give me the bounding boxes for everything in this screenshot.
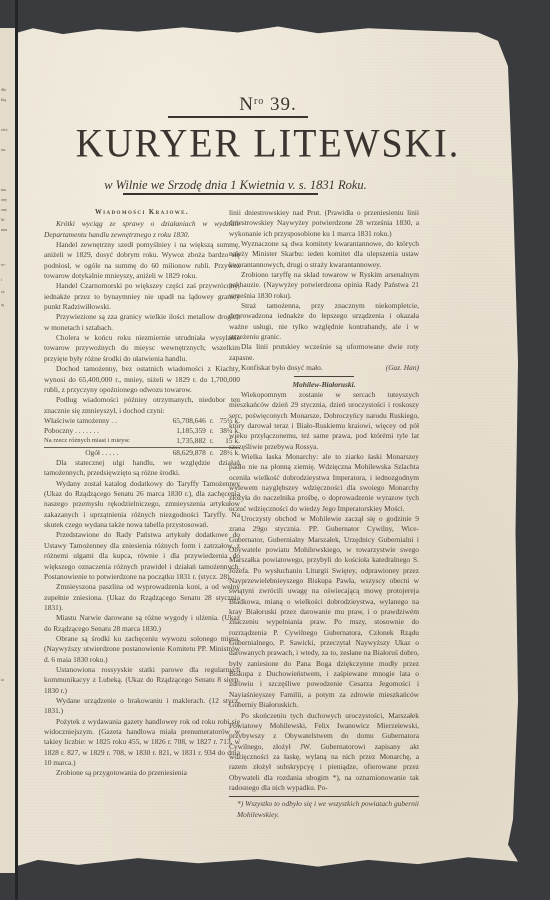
paragraph: Konfiskat było dosyć mało. (Gaz. Han)	[229, 363, 419, 373]
revenue-label: Na rzecz różnych miast i mieysc	[44, 436, 160, 447]
paragraph: Zrobiono taryffę na skład towarow w Rysk…	[229, 270, 419, 301]
article-intro: Krótki wyciąg ze sprawy o działaniach w …	[44, 219, 240, 240]
adjacent-page-fragment: i	[1, 278, 2, 282]
adjacent-page-fragment: ro-	[1, 263, 6, 267]
adjacent-page-fragment: ości,	[1, 128, 8, 132]
paragraph: Miastu Narwie darowane są różne wygody i…	[44, 613, 240, 634]
paragraph: Cholera w końcu roku niezmiernie utrudni…	[44, 333, 240, 364]
issue-number-prefix: N	[239, 94, 254, 115]
adjacent-page-fragment: zy	[1, 290, 5, 294]
adjacent-page-fragment: dla	[1, 88, 6, 92]
section-divider	[294, 376, 354, 377]
paragraph: Ustanowiona rossyyskie statki parowe dla…	[44, 665, 240, 696]
paragraph: Wyznaczone są dwa komitety kwarantannowe…	[229, 239, 419, 270]
table-row: Właściwie tamożenny . . 65,708,646 r. 75…	[44, 416, 240, 426]
section-heading-mohilew: Mohilew-Białoruski.	[229, 380, 419, 390]
issue-number-value: 39.	[270, 94, 297, 115]
revenue-amount: 1,735,882	[160, 436, 210, 447]
adjacent-page-fragment: mu	[1, 188, 6, 192]
paragraph: Przywiezione są zza granicy wielkie iloś…	[44, 312, 240, 333]
adjacent-page-fragment: hi-	[1, 218, 5, 222]
paragraph: Zmnieyszona paszlina od wyprowadzenia ko…	[44, 582, 240, 613]
paragraph: Wydany został katalog dodatkowy do Taryf…	[44, 479, 240, 531]
adjacent-page-fragment: mia	[1, 228, 7, 232]
adjacent-page-fragment: kię.	[1, 98, 7, 102]
paragraph: Straż tamożenna, przy znacznym niekomple…	[229, 301, 419, 342]
adjacent-page-edge: dla kię. ości, on. mu ony ony hi- mia ro…	[0, 28, 15, 873]
masthead-rule-top	[168, 116, 308, 118]
revenue-amount: 68,629,878	[160, 447, 210, 458]
revenue-label: Właściwie tamożenny . .	[44, 416, 160, 426]
paragraph-text: Konfiskat było dosyć mało.	[241, 363, 323, 372]
revenue-amount: 1,185,359	[160, 426, 210, 436]
table-row-total: Ogół . . . . . 68,629,878 r. 28½ k.	[44, 447, 240, 458]
paragraph: Obrane są środki ku zachęceniu wywozu so…	[44, 634, 240, 665]
newspaper-page: Nro 39. KURYER LITEWSKI. w Wilnie we Srz…	[18, 24, 518, 870]
paragraph: Wydane urządzenie o brakowaniu i maklera…	[44, 696, 240, 717]
book-binding-gutter	[15, 0, 18, 900]
issue-number-superscript: ro	[254, 96, 264, 107]
issue-number: Nro 39.	[18, 94, 518, 116]
column-left: Wiadomości Krajowe. Krótki wyciąg ze spr…	[44, 208, 240, 779]
paragraph: Przedstawione do Rady Państwa artykuły d…	[44, 530, 240, 582]
paragraph: Podług wiadomości późniey otrzymanych, n…	[44, 395, 240, 416]
paragraph: Wiekopomnym zostanie w sercach tuteyszyc…	[229, 390, 419, 452]
paragraph: Zrobione są przygotowania do przeniesien…	[44, 768, 240, 778]
paragraph: Handel zewnętrzny szedł pomyślniey i na …	[44, 240, 240, 281]
footnote: *) Wszystko to odbyło się i we wszystkic…	[229, 799, 419, 820]
adjacent-page-fragment: ię	[1, 303, 4, 307]
section-heading-domestic-news: Wiadomości Krajowe.	[44, 208, 240, 218]
paragraph: Pożytek z wydawania gazety handlowey rok…	[44, 717, 240, 769]
dateline: w Wilnie we Srzodę dnia 1 Kwietnia v. s.…	[58, 178, 413, 193]
footnote-divider	[229, 796, 419, 797]
adjacent-page-fragment: ia	[1, 678, 4, 682]
masthead-rule-bottom	[123, 193, 318, 195]
revenue-label: Ogół . . . . .	[44, 447, 160, 458]
revenue-table: Właściwie tamożenny . . 65,708,646 r. 75…	[44, 416, 240, 458]
revenue-label: Poboczny . . . . . . .	[44, 426, 160, 436]
paragraph: Uroczysty obchod w Mohilewie zaczął się …	[229, 514, 419, 711]
adjacent-page-fragment: on.	[1, 148, 6, 152]
paragraph: Handel Czarnomorski po większey części z…	[44, 281, 240, 312]
paragraph: Po skończeniu tych duchowych uroczystośc…	[229, 711, 419, 794]
table-row: Poboczny . . . . . . . 1,185,359 r. 38¼ …	[44, 426, 240, 436]
paragraph: linii dniestrowskiey nad Prut. (Prawidła…	[229, 208, 419, 239]
revenue-amount: 65,708,646	[160, 416, 210, 426]
newspaper-title: KURYER LITEWSKI.	[18, 121, 518, 167]
table-row: Na rzecz różnych miast i mieysc 1,735,88…	[44, 436, 240, 447]
paragraph: Dla linii prutskiey wcześnie są uformowa…	[229, 342, 419, 363]
paragraph: Wielka łaska Monarchy: ale to ziarko łas…	[229, 452, 419, 514]
paragraph: Dochod tamożenny, bez ostatnich wiadomoś…	[44, 364, 240, 395]
paragraph: Dla statecznej ulgi handlu, we względzie…	[44, 458, 240, 479]
adjacent-page-fragment: ony	[1, 208, 7, 212]
source-attribution: (Gaz. Han)	[374, 363, 419, 373]
adjacent-page-fragment: ony	[1, 198, 7, 202]
column-right: linii dniestrowskiey nad Prut. (Prawidła…	[229, 208, 419, 820]
